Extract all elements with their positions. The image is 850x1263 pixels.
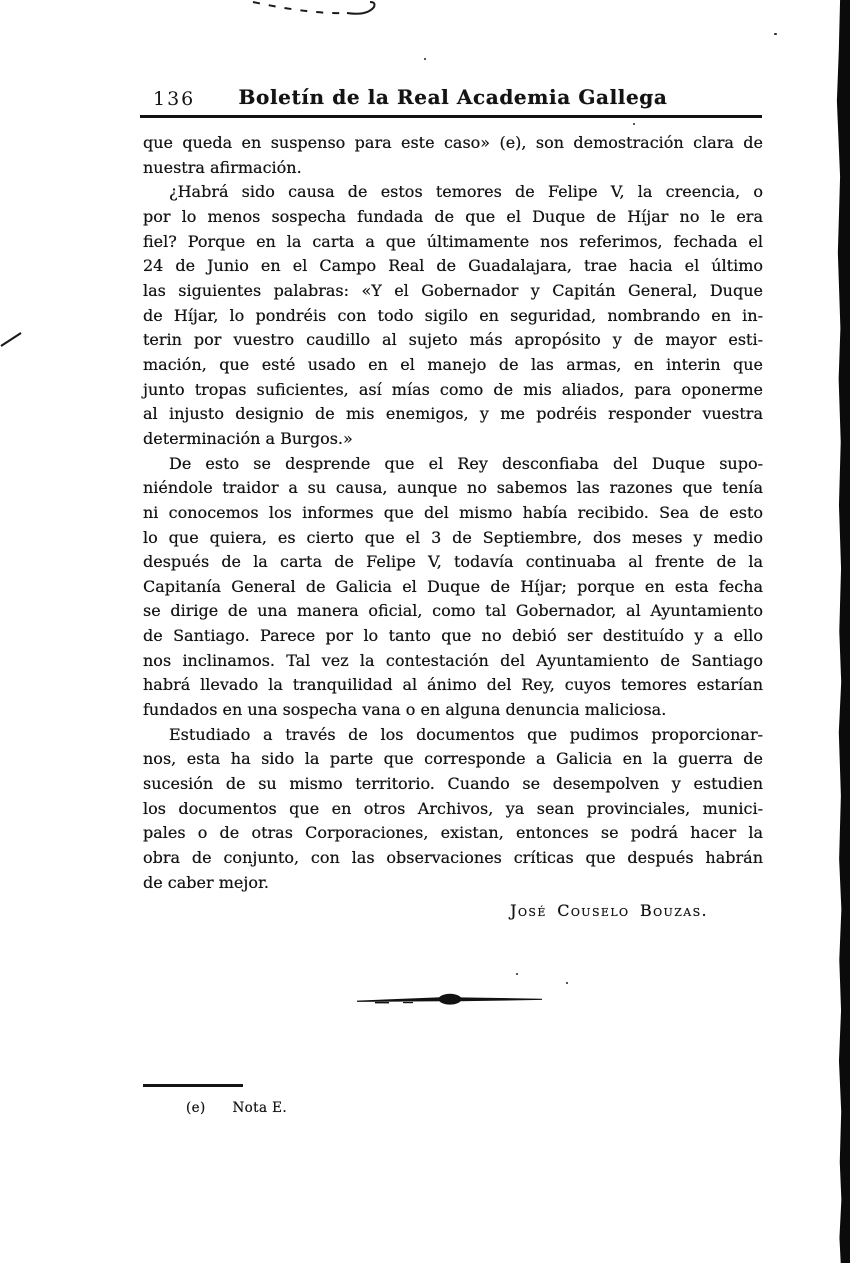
text-line: fundados en una sospecha vana o en algun… <box>143 698 763 723</box>
text-line: De esto se desprende que el Rey desconfi… <box>143 452 763 477</box>
page-header: 136 Boletín de la Real Academia Gallega <box>143 85 763 111</box>
paragraph: que queda en suspenso para este caso» (e… <box>143 131 763 180</box>
text-line: los documentos que en otros Archivos, ya… <box>143 797 763 822</box>
document-page: 136 Boletín de la Real Academia Gallega … <box>0 0 850 1263</box>
text-line: lo que quiera, es cierto que el 3 de Sep… <box>143 526 763 551</box>
text-line: fiel? Porque en la carta a que últimamen… <box>143 230 763 255</box>
header-rule <box>140 115 762 118</box>
text-line: Capitanía General de Galicia el Duque de… <box>143 575 763 600</box>
text-line: terin por vuestro caudillo al sujeto más… <box>143 328 763 353</box>
text-line: las siguientes palabras: «Y el Gobernado… <box>143 279 763 304</box>
binding-shadow-artifact <box>834 0 850 1263</box>
text-line: que queda en suspenso para este caso» (e… <box>143 131 763 156</box>
text-line: nos, esta ha sido la parte que correspon… <box>143 747 763 772</box>
journal-title: Boletín de la Real Academia Gallega <box>143 85 763 109</box>
text-line: determinación a Burgos.» <box>143 427 763 452</box>
text-line: después de la carta de Felipe V, todavía… <box>143 550 763 575</box>
footnote-marker: (e) <box>186 1100 206 1116</box>
text-line: de Santiago. Parece por lo tanto que no … <box>143 624 763 649</box>
text-line: por lo menos sospecha fundada de que el … <box>143 205 763 230</box>
ink-speck <box>774 33 777 35</box>
text-line: al injusto designio de mis enemigos, y m… <box>143 402 763 427</box>
text-line: se dirige de una manera oficial, como ta… <box>143 599 763 624</box>
pen-mark-artifact <box>235 0 385 18</box>
text-line: niéndole traidor a su causa, aunque no s… <box>143 476 763 501</box>
text-line: 24 de Junio en el Campo Real de Guadalaj… <box>143 254 763 279</box>
text-line: ni conocemos los informes que del mismo … <box>143 501 763 526</box>
text-line: mación, que esté usado en el manejo de l… <box>143 353 763 378</box>
paragraph: De esto se desprende que el Rey desconfi… <box>143 452 763 723</box>
footnote-text: Nota E. <box>232 1100 287 1116</box>
text-line: pales o de otras Corporaciones, existan,… <box>143 821 763 846</box>
article-body: que queda en suspenso para este caso» (e… <box>143 131 763 895</box>
ink-speck <box>516 973 518 975</box>
text-line: sucesión de su mismo territorio. Cuando … <box>143 772 763 797</box>
ink-speck <box>424 58 426 60</box>
text-line: ¿Habrá sido causa de estos temores de Fe… <box>143 180 763 205</box>
text-line: habrá llevado la tranquilidad al ánimo d… <box>143 673 763 698</box>
text-line: nuestra afirmación. <box>143 156 763 181</box>
text-line: obra de conjunto, con las observaciones … <box>143 846 763 871</box>
text-line: de Híjar, lo pondréis con todo sigilo en… <box>143 304 763 329</box>
paragraph: ¿Habrá sido causa de estos temores de Fe… <box>143 180 763 451</box>
footnote: (e) Nota E. <box>186 1100 287 1116</box>
author-signature: José Couselo Bouzas. <box>143 901 763 920</box>
ink-speck <box>633 123 635 125</box>
tailpiece-divider-icon <box>355 991 545 1007</box>
text-line: nos inclinamos. Tal vez la contestación … <box>143 649 763 674</box>
slash-mark-artifact <box>0 326 26 352</box>
ink-speck <box>566 982 568 984</box>
footnote-rule <box>143 1084 243 1087</box>
paragraph: Estudiado a través de los documentos que… <box>143 723 763 896</box>
text-line: Estudiado a través de los documentos que… <box>143 723 763 748</box>
text-line: junto tropas suficientes, así mías como … <box>143 378 763 403</box>
text-line: de caber mejor. <box>143 871 763 896</box>
